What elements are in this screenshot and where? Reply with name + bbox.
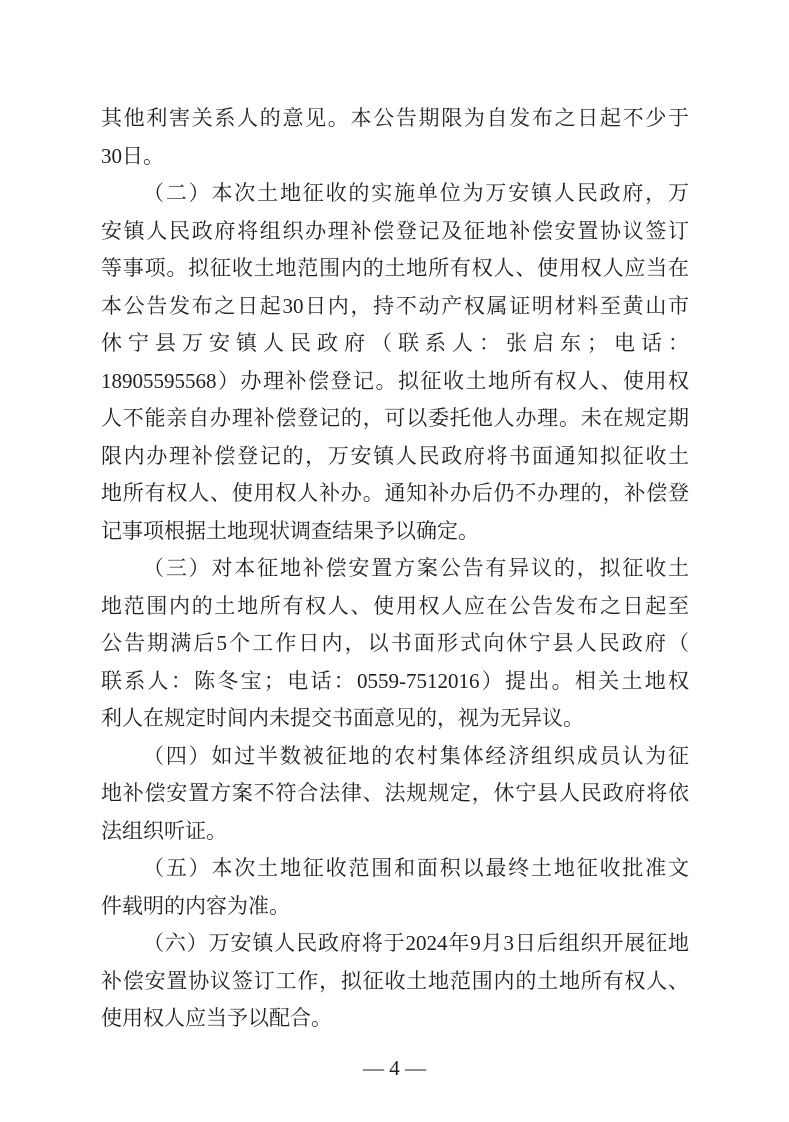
text-line: 休宁县万安镇人民政府（联系人：张启东；电话： [101, 325, 689, 363]
text-line: 30日。 [101, 138, 689, 176]
text-line: 等事项。拟征收土地范围内的土地所有权人、使用权人应当在 [101, 250, 689, 288]
text-line: 18905595568）办理补偿登记。拟征收土地所有权人、使用权 [101, 363, 689, 401]
text-line: 地范围内的土地所有权人、使用权人应在公告发布之日起至 [101, 588, 689, 626]
document-page: 其他利害关系人的意见。本公告期限为自发布之日起不少于30日。（二）本次土地征收的… [0, 0, 789, 1122]
text-line: （四）如过半数被征地的农村集体经济组织成员认为征 [101, 738, 689, 776]
text-line: 地补偿安置方案不符合法律、法规规定，休宁县人民政府将依 [101, 775, 689, 813]
text-line: 地所有权人、使用权人补办。通知补办后仍不办理的，补偿登 [101, 475, 689, 513]
text-line: 人不能亲自办理补偿登记的，可以委托他人办理。未在规定期 [101, 400, 689, 438]
text-line: 联系人：陈冬宝；电话：0559-7512016）提出。相关土地权 [101, 663, 689, 701]
text-line: （六）万安镇人民政府将于2024年9月3日后组织开展征地 [101, 925, 689, 963]
text-line: 件载明的内容为准。 [101, 888, 689, 926]
text-line: 补偿安置协议签订工作，拟征收土地范围内的土地所有权人、 [101, 963, 689, 1001]
text-line: 其他利害关系人的意见。本公告期限为自发布之日起不少于 [101, 100, 689, 138]
text-line: （二）本次土地征收的实施单位为万安镇人民政府，万 [101, 175, 689, 213]
text-line: 使用权人应当予以配合。 [101, 1000, 689, 1038]
page-number: — 4 — [0, 1053, 789, 1083]
text-line: （五）本次土地征收范围和面积以最终土地征收批准文 [101, 850, 689, 888]
text-line: 公告期满后5个工作日内，以书面形式向休宁县人民政府（ [101, 625, 689, 663]
text-line: 安镇人民政府将组织办理补偿登记及征地补偿安置协议签订 [101, 213, 689, 251]
text-line: 利人在规定时间内未提交书面意见的，视为无异议。 [101, 700, 689, 738]
document-text: 其他利害关系人的意见。本公告期限为自发布之日起不少于30日。（二）本次土地征收的… [101, 100, 689, 1038]
text-line: 法组织听证。 [101, 813, 689, 851]
text-line: （三）对本征地补偿安置方案公告有异议的，拟征收土 [101, 550, 689, 588]
text-line: 限内办理补偿登记的，万安镇人民政府将书面通知拟征收土 [101, 438, 689, 476]
text-line: 本公告发布之日起30日内，持不动产权属证明材料至黄山市 [101, 288, 689, 326]
text-line: 记事项根据土地现状调查结果予以确定。 [101, 513, 689, 551]
